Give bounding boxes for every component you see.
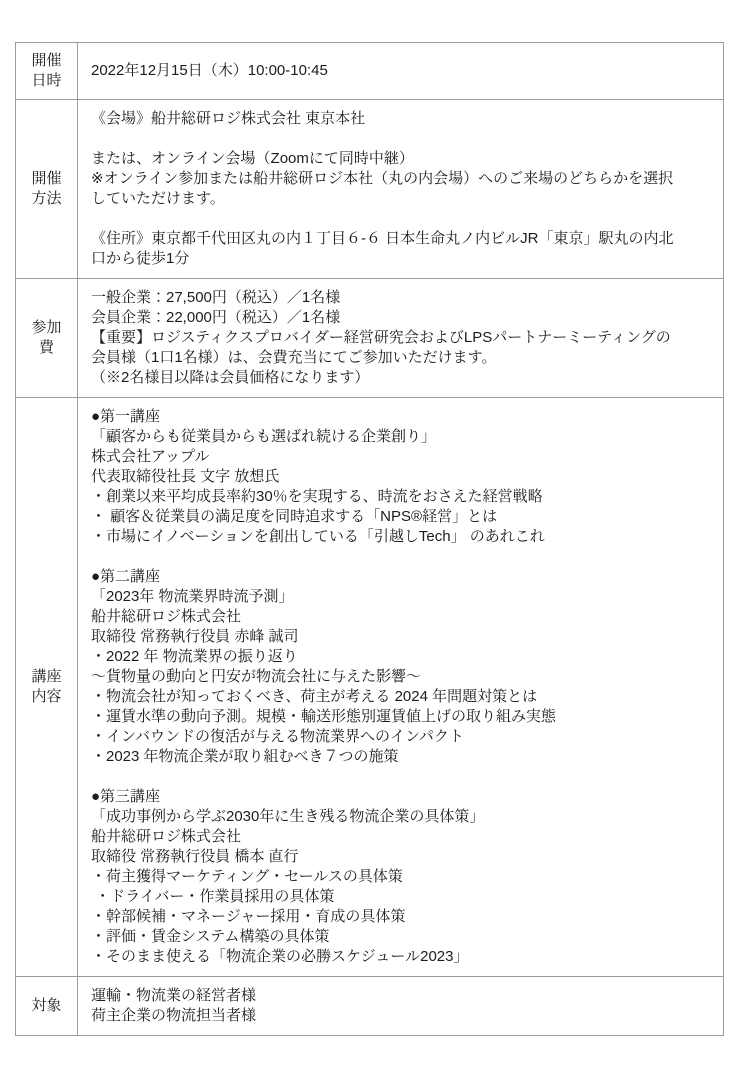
seminar-details-table: 開催日時 2022年12月15日（木）10:00-10:45 開催方法 《会場》…	[15, 42, 724, 1036]
table-row-method: 開催方法 《会場》船井総研ロジ株式会社 東京本社 または、オンライン会場（Zoo…	[16, 100, 724, 279]
row-content-method: 《会場》船井総研ロジ株式会社 東京本社 または、オンライン会場（Zoomにて同時…	[78, 100, 724, 279]
row-label-fee: 参加費	[16, 279, 78, 398]
row-content-audience: 運輸・物流業の経営者様 荷主企業の物流担当者様	[78, 977, 724, 1036]
row-label-date: 開催日時	[16, 43, 78, 100]
row-label-program: 講座内容	[16, 398, 78, 977]
row-content-program: ●第一講座 「顧客からも従業員からも選ばれ続ける企業創り」 株式会社アップル 代…	[78, 398, 724, 977]
row-content-date: 2022年12月15日（木）10:00-10:45	[78, 43, 724, 100]
table-row-audience: 対象 運輸・物流業の経営者様 荷主企業の物流担当者様	[16, 977, 724, 1036]
table-row-date: 開催日時 2022年12月15日（木）10:00-10:45	[16, 43, 724, 100]
document-page: 開催日時 2022年12月15日（木）10:00-10:45 開催方法 《会場》…	[0, 0, 740, 1088]
row-label-method: 開催方法	[16, 100, 78, 279]
row-label-audience: 対象	[16, 977, 78, 1036]
row-content-fee: 一般企業：27,500円（税込）／1名様 会員企業：22,000円（税込）／1名…	[78, 279, 724, 398]
table-row-program: 講座内容 ●第一講座 「顧客からも従業員からも選ばれ続ける企業創り」 株式会社ア…	[16, 398, 724, 977]
table-row-fee: 参加費 一般企業：27,500円（税込）／1名様 会員企業：22,000円（税込…	[16, 279, 724, 398]
